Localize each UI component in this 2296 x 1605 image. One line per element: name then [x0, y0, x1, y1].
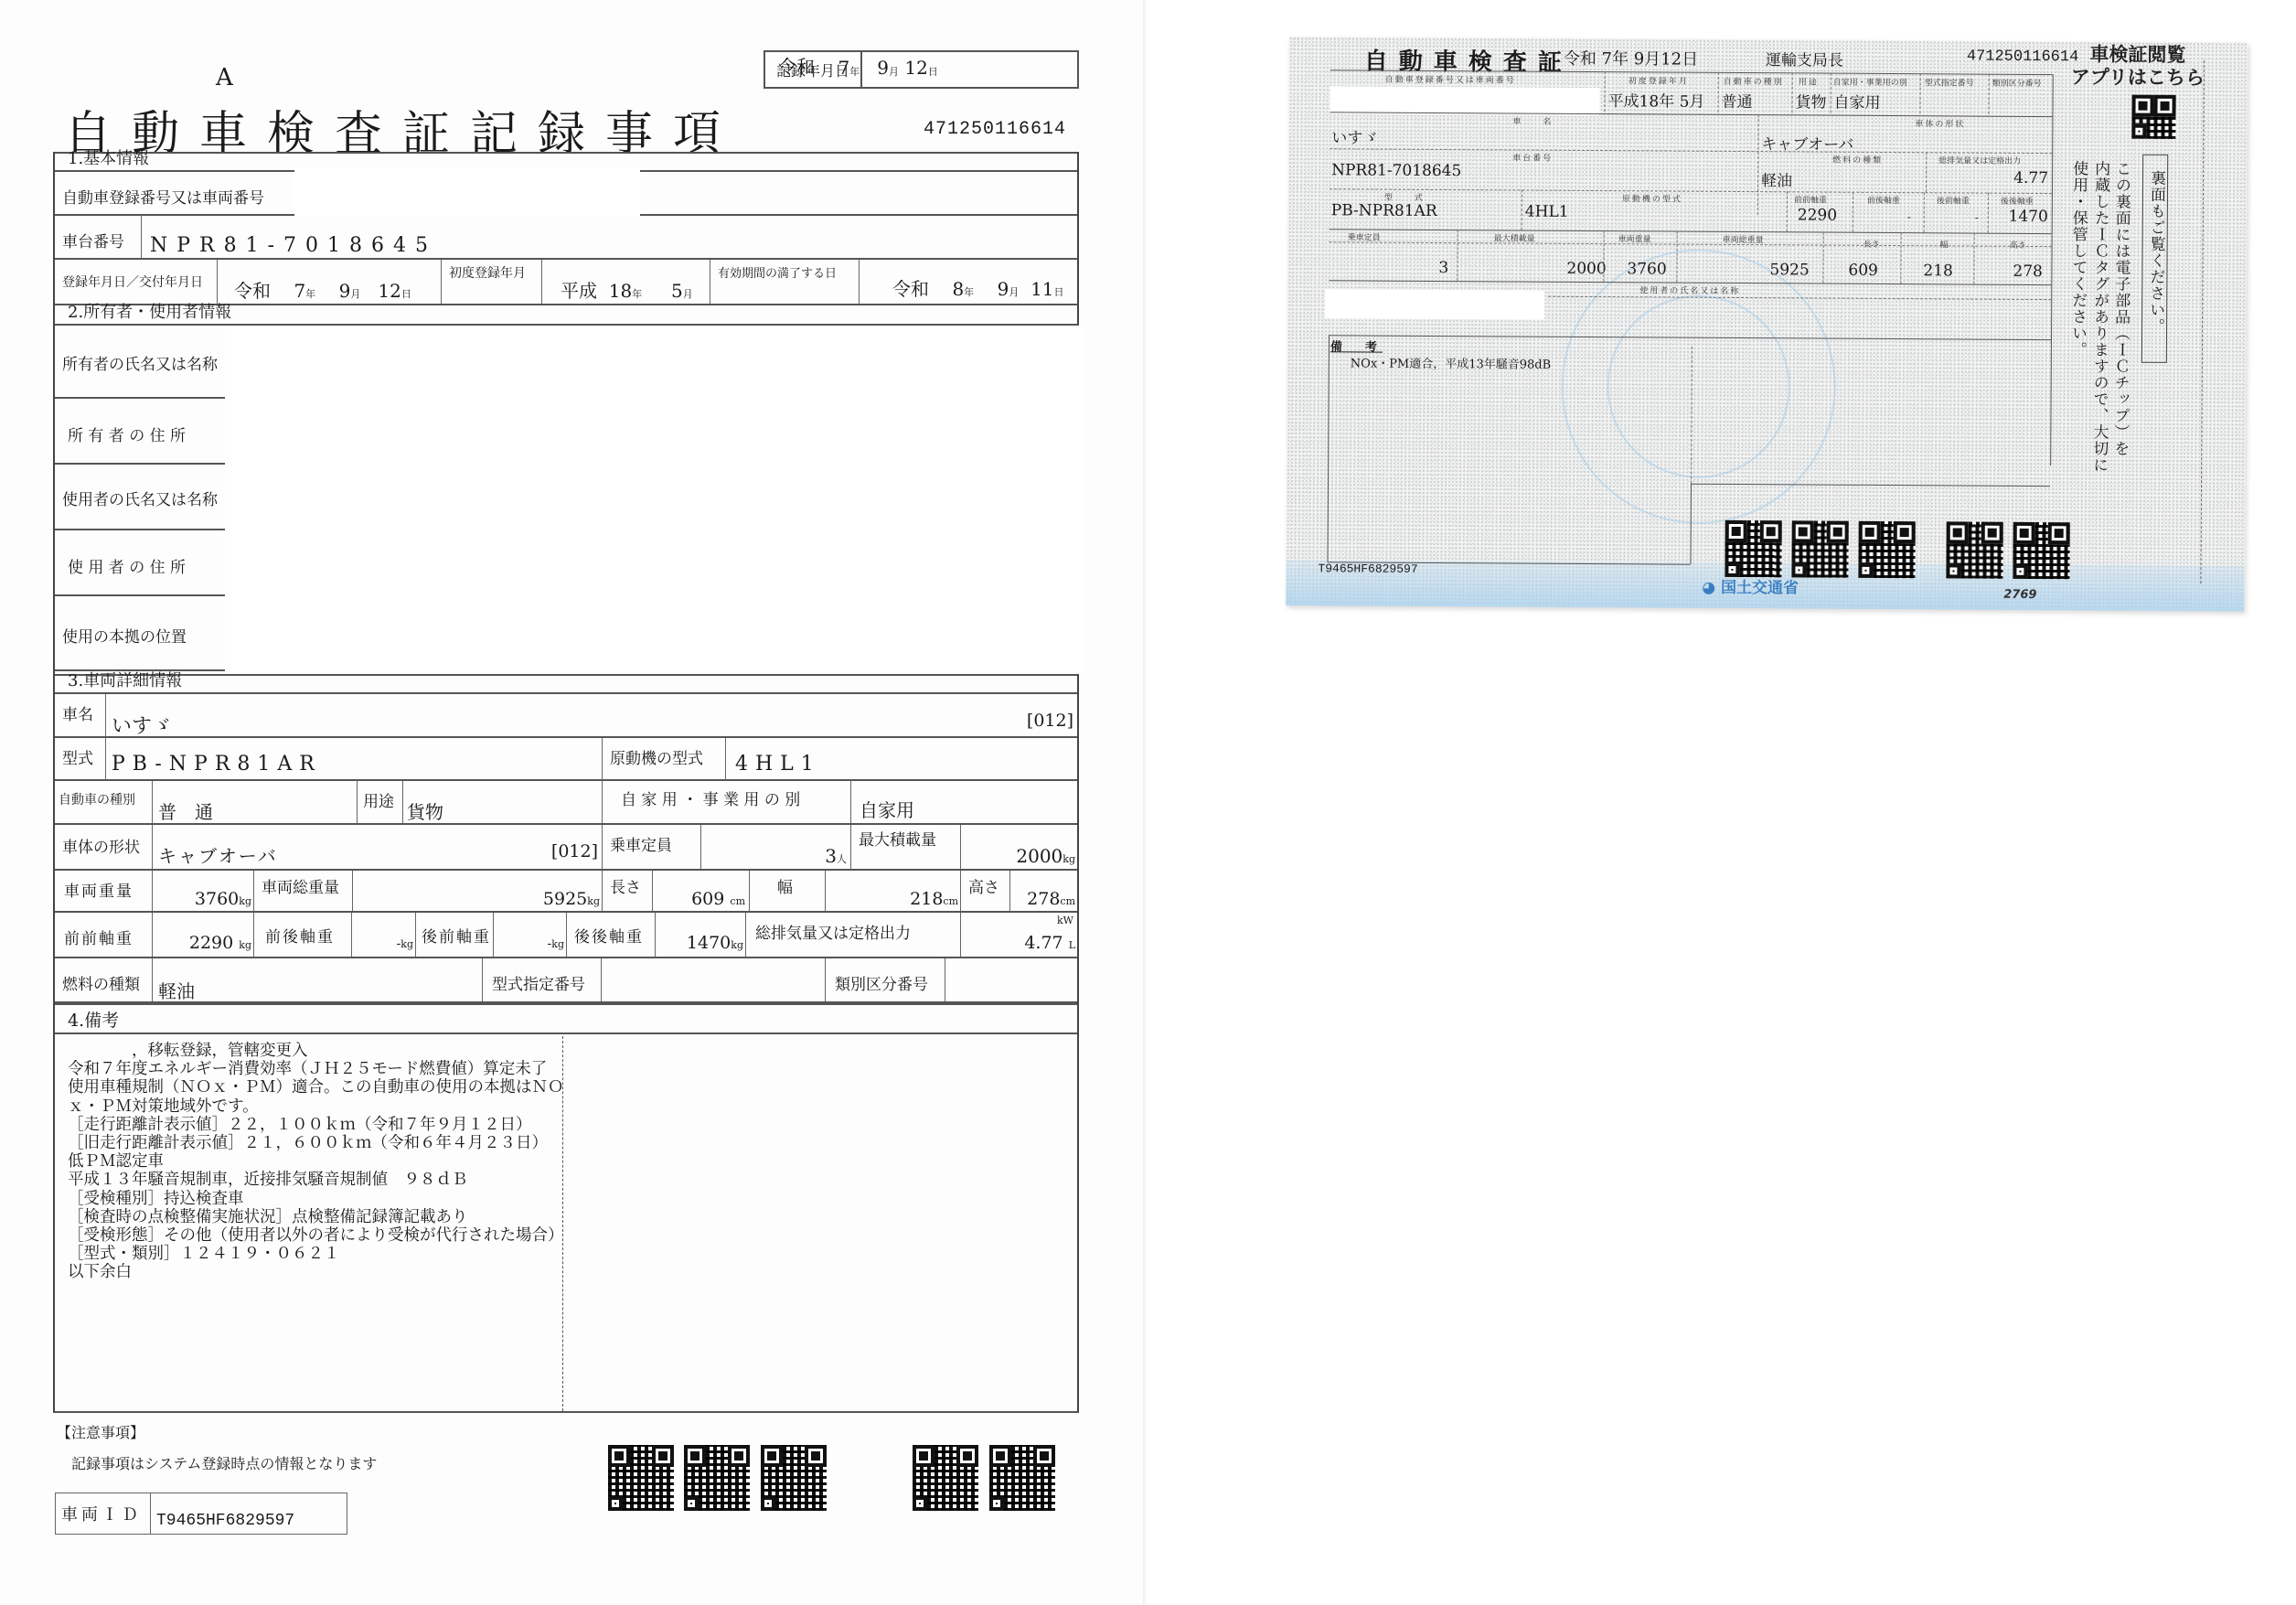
card-ff-axle: 2290	[1798, 206, 1837, 224]
remarks-line: 平成１３年騒音規制車，近接排気騒音規制値 ９８ｄＢ	[68, 1171, 564, 1189]
card-issue-date: 令和 7年 9月12日	[1564, 46, 1698, 70]
card-serial: 2769	[2003, 588, 2036, 602]
card-label-user-name: 使用者の氏名又は名称	[1639, 284, 1740, 296]
redacted-owner-user-info	[225, 326, 1084, 673]
vehicle-weight-value: 3760kg	[153, 871, 254, 911]
registration-date-value: 令和 7年 9月 12日	[218, 260, 442, 304]
remarks-body: ，移転登録，管轄変更入令和７年度エネルギー消費効率（ＪＨ２５モード燃費値）算定未…	[55, 1034, 562, 1411]
card-label-usage: 用途	[1799, 75, 1819, 87]
engine-model-label: 原動機の型式	[610, 745, 703, 768]
owner-address-row: 所 有 者 の 住 所	[55, 399, 225, 465]
owner-address-label: 所 有 者 の 住 所	[68, 423, 186, 445]
car-name-row: 車名 いすゞ [012]	[55, 694, 1077, 738]
card-label-car-name: 車 名	[1512, 114, 1553, 126]
card-label-type-designation: 型式指定番号	[1925, 76, 1974, 88]
card-table: 自動車登録番号又は車両番号 初度登録年月 平成18年 5月 自動車の種別 普通 …	[1328, 70, 2053, 467]
card-label-vehicle-weight: 車両重量	[1618, 232, 1651, 244]
notice-text: 記録事項はシステム登録時点の情報となります	[71, 1452, 377, 1473]
gross-weight-value: 5925kg	[353, 871, 603, 911]
back-notice: 裏面もご覧ください。	[2144, 170, 2167, 335]
qr-code-icon	[684, 1445, 750, 1511]
type-designation-label: 型式指定番号	[492, 971, 585, 994]
card-label-private-business: 自家用・事業用の別	[1833, 76, 1907, 88]
remarks-line: ［検査時の点検整備実施状況］点検整備記録簿記載あり	[68, 1208, 564, 1226]
app-qr-code-icon[interactable]	[2131, 95, 2175, 139]
user-name-label: 使用者の氏名又は名称	[62, 487, 218, 509]
category-label: 類別区分番号	[835, 971, 928, 994]
redacted-registration-number	[294, 168, 640, 216]
notice-header: 【注意事項】	[57, 1421, 144, 1442]
app-promo: 車検証閲覧 アプリはこちら	[2071, 43, 2205, 90]
fr-axle-label: 前後軸重	[265, 924, 335, 947]
card-label-gross-weight: 車両総重量	[1723, 233, 1764, 245]
user-name-row: 使用者の氏名又は名称	[55, 465, 225, 530]
fr-axle-value: -kg	[352, 913, 416, 957]
rr-axle-value: 1470kg	[656, 913, 746, 957]
remarks-line: 低ＰＭ認定車	[68, 1152, 564, 1171]
card-rf-axle: -	[1975, 211, 1979, 224]
remarks-line: 令和７年度エネルギー消費効率（ＪＨ２５モード燃費値）算定未了	[68, 1060, 564, 1078]
section-3-header: 3.車両詳細情報	[55, 674, 1077, 694]
card-label-ff-axle: 前前軸重	[1794, 193, 1827, 205]
card-label-fuel: 燃料の種類	[1832, 154, 1883, 166]
vehicle-id-value: T9465HF6829597	[151, 1493, 347, 1534]
length-value: 609 cm	[653, 871, 750, 911]
card-issuer: 運輸支局長	[1766, 47, 1843, 70]
vehicle-weight-label: 車両重量	[64, 878, 133, 901]
width-value: 218cm	[826, 871, 961, 911]
ic-notice-line-1: この裏面には電子部品（ＩＣチップ）を	[2109, 160, 2132, 456]
remarks-text: ，移転登録，管轄変更入令和７年度エネルギー消費効率（ＪＨ２５モード燃費値）算定未…	[68, 1042, 564, 1282]
card-label-chassis: 車台番号	[1512, 151, 1553, 163]
qr-code-icon	[1725, 520, 1781, 577]
card-vehicle-type: 普通	[1722, 89, 1753, 112]
card-remarks: NOx・PM適合，平成13年騒音98dB	[1351, 353, 1552, 371]
card-label-length: 長さ	[1863, 238, 1880, 250]
remarks-line: 以下余白	[68, 1263, 564, 1281]
fuel-row: 燃料の種類 軽油 型式指定番号 類別区分番号	[55, 958, 1077, 1003]
section-remarks: 4.備考 ，移転登録，管轄変更入令和７年度エネルギー消費効率（ＪＨ２５モード燃費…	[53, 1003, 1079, 1413]
car-name: いすゞ	[112, 711, 172, 739]
user-address-label: 使 用 者 の 住 所	[68, 554, 186, 577]
card-capacity: 3	[1438, 259, 1448, 277]
card-first-registration: 平成18年 5月	[1608, 88, 1705, 112]
base-location-row: 使用の本拠の位置	[55, 596, 225, 671]
body-shape-code: [012]	[551, 841, 598, 861]
capacity-label: 乗車定員	[610, 832, 672, 855]
width-label: 幅	[777, 874, 793, 897]
vehicle-type-value: 普 通	[158, 797, 213, 824]
model-label: 型式	[62, 745, 93, 768]
remarks-line: ，移転登録，管轄変更入	[68, 1042, 564, 1060]
page-edge	[1143, 0, 1147, 1605]
card-label-width: 幅	[1940, 238, 1949, 250]
redacted-user-name	[1325, 289, 1544, 319]
user-address-row: 使 用 者 の 住 所	[55, 530, 225, 596]
card-rr-axle: 1470	[2008, 208, 2047, 226]
first-registration-label: 初度登録年月	[449, 263, 526, 282]
card-label-category: 類別区分番号	[1992, 77, 2042, 89]
registration-number-row: 自動車登録番号又は車両番号	[55, 172, 1077, 216]
remarks-divider	[562, 1036, 563, 1411]
ministry-emblem-icon: ◕	[1702, 579, 1715, 597]
length-label: 長さ	[610, 874, 641, 897]
card-car-name: いすゞ	[1331, 124, 1378, 147]
car-name-code: [012]	[1027, 711, 1073, 731]
usage-value: 貨物	[407, 797, 443, 824]
card-fr-axle: -	[1907, 210, 1911, 223]
gross-weight-label: 車両総重量	[262, 874, 339, 897]
card-vehicle-id: T9465HF6829597	[1318, 562, 1417, 576]
ic-notice-line-2: 内蔵したＩＣタグがありますので、大切に	[2088, 160, 2111, 473]
dates-row: 登録年月日／交付年月日 令和 7年 9月 12日 初度登録年月 平成 18年 5…	[55, 260, 1077, 304]
registration-date-label: 登録年月日／交付年月日	[62, 273, 203, 291]
kw-unit: kW	[1057, 915, 1073, 926]
remarks-line: ［旧走行距離計表示値］２１，６００ｋｍ（令和６年４月２３日）	[68, 1134, 564, 1152]
fuel-value: 軽油	[158, 977, 195, 1003]
remarks-line: ［受検種別］持込検査車	[68, 1190, 564, 1208]
rr-axle-label: 後後軸重	[574, 924, 644, 947]
section-2-header: 2.所有者・使用者情報	[55, 304, 1079, 326]
card-label-body-shape: 車体の形状	[1915, 117, 1965, 129]
record-date-box: 記録年月日 令和 7年 9月 12日	[764, 50, 1079, 89]
ic-notice-line-3: 使用・保管してください。	[2066, 160, 2089, 358]
type-usage-row: 自動車の種別 普 通 用途 貨物 自 家 用 ・ 事 業 用 の 別 自家用	[55, 781, 1077, 825]
section-basic-info: 1.基本情報 自動車登録番号又は車両番号 車台番号 NPR81-7018645 …	[53, 152, 1079, 304]
card-displacement: 4.77	[2013, 169, 2048, 187]
expiry-date-value: 令和 8年 9月 11日	[860, 260, 1081, 304]
registration-number-label: 自動車登録番号又は車両番号	[62, 185, 264, 208]
ministry-logo: ◕ 国土交通省	[1702, 574, 1799, 598]
card-width: 218	[1923, 262, 1953, 280]
card-label-engine-model: 原動機の型式	[1622, 192, 1682, 204]
weight-size-row: 車両重量 3760kg 車両総重量 5925kg 長さ 609 cm 幅 218…	[55, 871, 1077, 913]
model-value: PB-NPR81AR	[112, 753, 322, 776]
displacement-value: 4.77 L	[1024, 933, 1075, 953]
card-label-fr-axle: 前後軸重	[1867, 194, 1900, 206]
chassis-label: 車台番号	[62, 229, 124, 251]
qr-code-icon	[1946, 521, 2002, 578]
card-fuel: 軽油	[1761, 167, 1792, 190]
rf-axle-label: 後前軸重	[422, 924, 491, 947]
ff-axle-value: 2290 kg	[153, 913, 254, 957]
qr-code-icon	[2013, 522, 2069, 579]
max-load-value: 2000kg	[1016, 845, 1075, 867]
form-letter: A	[216, 64, 233, 91]
remarks-line: 使用車種規制（ＮＯｘ・ＰＭ）適合。この自動車の使用の本拠はＮＯ	[68, 1078, 564, 1097]
axle-weight-row: 前前軸重 2290 kg 前後軸重 -kg 後前軸重 -kg 後後軸重 1470…	[55, 913, 1077, 958]
section-owner-user-info: 2.所有者・使用者情報 所有者の氏名又は名称 所 有 者 の 住 所 使用者の氏…	[53, 304, 1079, 674]
inspection-certificate-card: 自動車検査証 令和 7年 9月12日 運輸支局長 471250116614 自動…	[1286, 37, 2248, 611]
card-model: PB-NPR81AR	[1331, 201, 1437, 220]
engine-model-value: 4HL1	[735, 753, 821, 776]
chassis-row: 車台番号 NPR81-7018645	[55, 216, 1077, 260]
certificate-number: 471250116614	[924, 119, 1066, 140]
remarks-line: ［型式・類別］１２４１９・０６２１	[68, 1245, 564, 1263]
card-label-rf-axle: 後前軸重	[1937, 194, 1970, 206]
card-height: 278	[2013, 262, 2043, 281]
ff-axle-label: 前前軸重	[64, 926, 133, 948]
model-row: 型式 PB-NPR81AR 原動機の型式 4HL1	[55, 738, 1077, 781]
card-label-displacement: 総排気量又は定格出力	[1938, 154, 2021, 166]
expiry-label: 有効期間の満了する日	[718, 263, 837, 281]
qr-code-icon	[1858, 521, 1915, 578]
card-cut-line	[2200, 60, 2204, 583]
card-max-load: 2000	[1566, 260, 1606, 278]
body-shape-label: 車体の形状	[62, 834, 140, 857]
remarks-line: ｘ・ＰＭ対策地域外です。	[68, 1097, 564, 1116]
card-label-max-load: 最大積載量	[1494, 231, 1535, 243]
chassis-number: NPR81-7018645	[150, 234, 437, 257]
card-length: 609	[1848, 262, 1878, 280]
body-shape-value: キャブオーバ	[158, 841, 278, 868]
card-engine-model: 4HL1	[1525, 203, 1569, 221]
section-vehicle-details: 3.車両詳細情報 車名 いすゞ [012] 型式 PB-NPR81AR 原動機の…	[53, 674, 1079, 1003]
body-shape-row: 車体の形状 キャブオーバ [012] 乗車定員 3人 最大積載量 2000kg	[55, 825, 1077, 871]
qr-code-icon	[608, 1445, 674, 1511]
card-private-business: 自家用	[1834, 90, 1881, 112]
qr-code-icon	[989, 1445, 1055, 1511]
card-label-registration-number: 自動車登録番号又は車両番号	[1385, 73, 1516, 86]
private-business-label: 自 家 用 ・ 事 業 用 の 別	[621, 786, 800, 809]
section-4-header: 4.備考	[55, 1003, 1077, 1034]
remarks-line: ［走行距離計表示値］２２，１００ｋｍ（令和７年９月１２日）	[68, 1116, 564, 1134]
private-business-value: 自家用	[860, 796, 914, 822]
card-vehicle-weight: 3760	[1627, 260, 1666, 278]
card-label-vehicle-type: 自動車の種別	[1724, 75, 1784, 87]
card-usage: 貨物	[1796, 89, 1827, 112]
card-label-rr-axle: 後後軸重	[2001, 195, 2034, 207]
card-gross-weight: 5925	[1769, 261, 1809, 279]
owner-name-row: 所有者の氏名又は名称	[55, 326, 225, 399]
first-registration-value: 平成 18年 5月	[542, 260, 710, 304]
height-value: 278cm	[1027, 889, 1075, 909]
vehicle-type-label: 自動車の種別	[59, 790, 135, 808]
qr-code-icon	[913, 1445, 978, 1511]
card-certificate-number: 471250116614	[1967, 48, 2079, 67]
max-load-label: 最大積載量	[859, 827, 936, 850]
card-label-remarks: 備 考	[1330, 337, 1383, 354]
remarks-line: ［受検形態］その他（使用者以外の者により受検が代行された場合）	[68, 1226, 564, 1245]
vehicle-id-box: 車両ＩＤ T9465HF6829597	[55, 1493, 347, 1535]
card-label-first-registration: 初度登録年月	[1629, 74, 1689, 86]
record-date-value: 令和 7年 9月 12日	[765, 52, 945, 82]
rf-axle-value: -kg	[494, 913, 567, 957]
usage-label: 用途	[363, 788, 394, 811]
qr-code-icon	[1791, 520, 1848, 577]
owner-name-label: 所有者の氏名又は名称	[62, 351, 218, 374]
car-name-label: 車名	[62, 701, 93, 724]
height-label: 高さ	[968, 874, 999, 897]
base-location-label: 使用の本拠の位置	[62, 624, 187, 647]
card-chassis: NPR81-7018645	[1331, 161, 1461, 180]
card-label-capacity: 乗車定員	[1348, 230, 1381, 242]
capacity-value: 3人	[701, 825, 851, 869]
card-label-height: 高さ	[2010, 239, 2026, 251]
vehicle-id-label: 車両ＩＤ	[56, 1493, 151, 1534]
redacted-registration-number	[1330, 86, 1599, 115]
fuel-label: 燃料の種類	[62, 971, 140, 994]
record-sheet-page: A 自動車検査証記録事項 記録年月日 令和 7年 9月 12日 47125011…	[0, 0, 1143, 1605]
displacement-label: 総排気量又は定格出力	[755, 920, 911, 943]
qr-code-icon	[761, 1445, 827, 1511]
